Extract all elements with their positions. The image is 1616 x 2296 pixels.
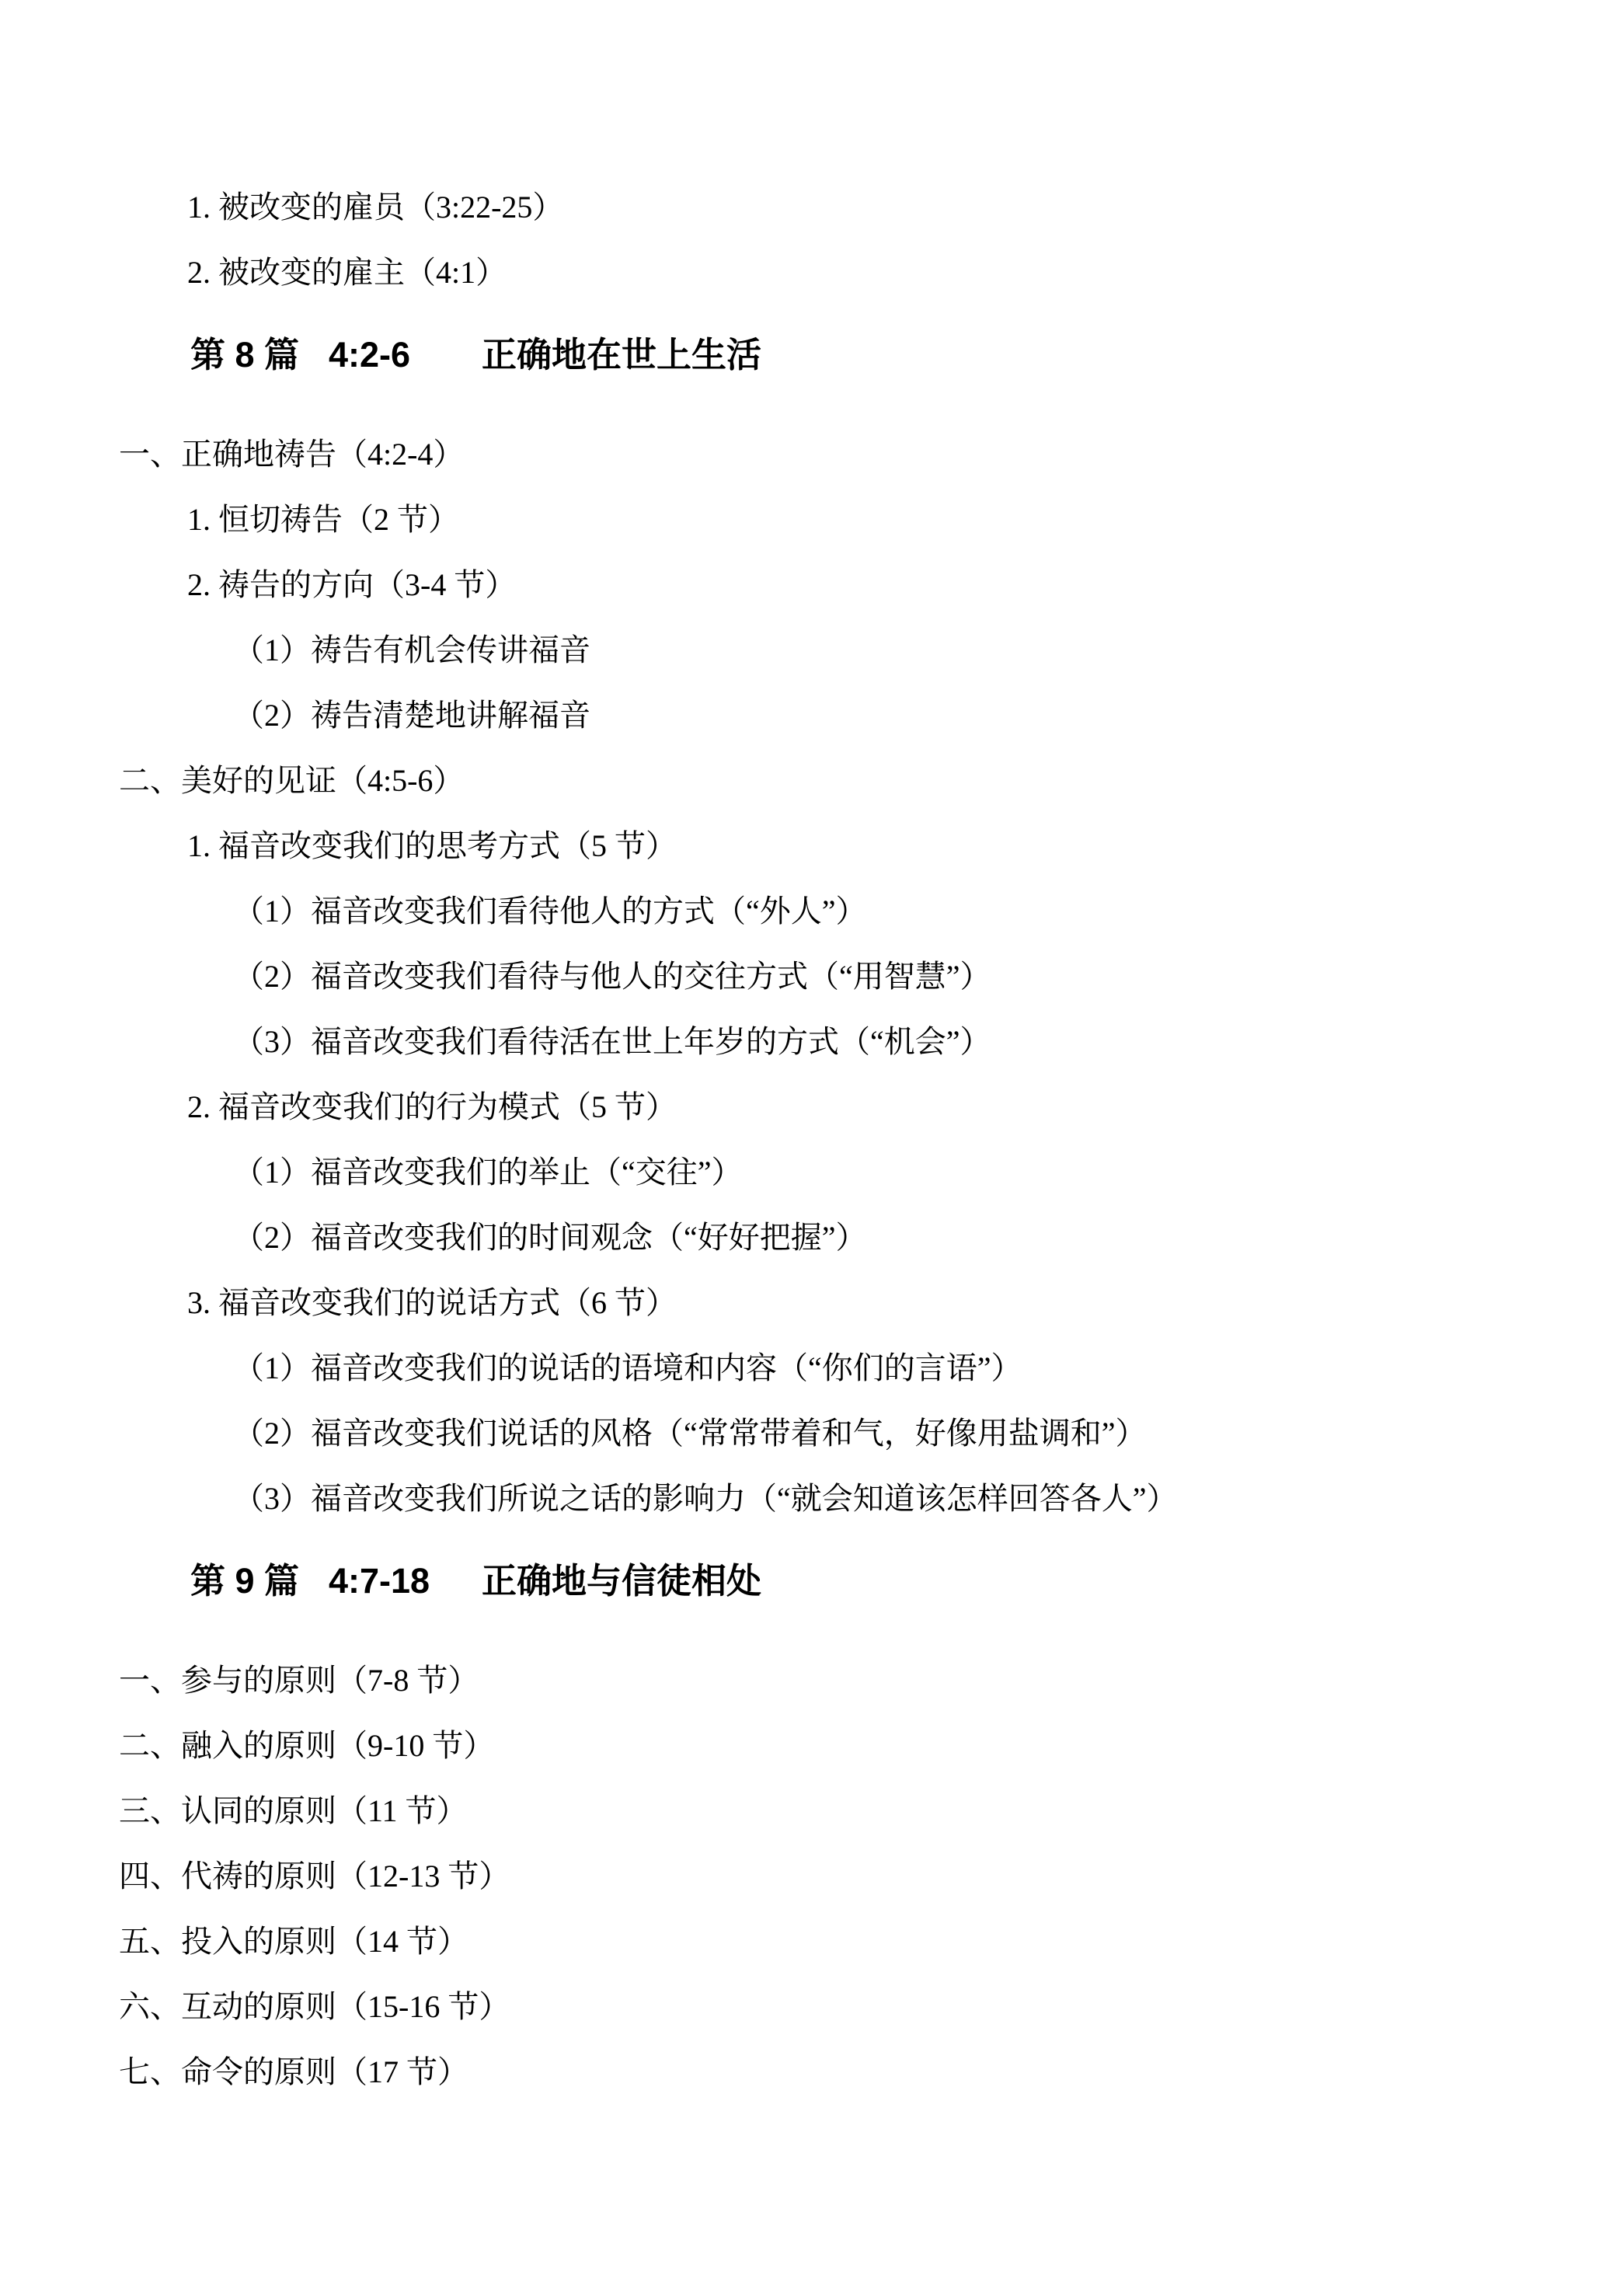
outline-item: （1）祷告有机会传讲福音: [233, 618, 1616, 683]
outline-item: 3. 福音改变我们的说话方式（6 节）: [187, 1270, 1616, 1336]
outline-item: 2. 祷告的方向（3-4 节）: [187, 552, 1616, 618]
outline-item: （1）福音改变我们看待他人的方式（“外人”）: [233, 879, 1616, 944]
outline-item: 六、互动的原则（15-16 节）: [119, 1974, 1616, 2040]
outline-item: （3）福音改变我们看待活在世上年岁的方式（“机会”）: [233, 1009, 1616, 1075]
outline-item: （3）福音改变我们所说之话的影响力（“就会知道该怎样回答各人”）: [233, 1466, 1616, 1531]
outline-item: 二、美好的见证（4:5-6）: [119, 748, 1616, 814]
section-number: 第 8 篇: [190, 322, 329, 388]
outline-item: 二、融入的原则（9-10 节）: [119, 1713, 1616, 1779]
outline-item: 一、参与的原则（7-8 节）: [119, 1648, 1616, 1713]
document-page: 1. 被改变的雇员（3:22-25） 2. 被改变的雇主（4:1） 第 8 篇 …: [0, 0, 1616, 2296]
outline-item: （2）福音改变我们的时间观念（“好好把握”）: [233, 1205, 1616, 1270]
section-heading-8: 第 8 篇 4:2-6 正确地在世上生活: [190, 322, 1616, 388]
outline-item: （2）福音改变我们看待与他人的交往方式（“用智慧”）: [233, 944, 1616, 1009]
outline-item: 五、投入的原则（14 节）: [119, 1909, 1616, 1974]
outline-item: 1. 恒切祷告（2 节）: [187, 487, 1616, 552]
section-verse-ref: 4:7-18: [329, 1549, 482, 1614]
outline-item: 一、正确地祷告（4:2-4）: [119, 422, 1616, 487]
outline-item: 三、认同的原则（11 节）: [119, 1779, 1616, 1844]
outline-item: 1. 福音改变我们的思考方式（5 节）: [187, 814, 1616, 879]
outline-item: （2）福音改变我们说话的风格（“常常带着和气，好像用盐调和”）: [233, 1401, 1616, 1466]
outline-item: （1）福音改变我们的举止（“交往”）: [233, 1140, 1616, 1205]
section-heading-9: 第 9 篇 4:7-18 正确地与信徒相处: [190, 1549, 1616, 1614]
section-verse-ref: 4:2-6: [329, 322, 482, 388]
outline-item: （2）祷告清楚地讲解福音: [233, 683, 1616, 748]
section-number: 第 9 篇: [190, 1549, 329, 1614]
outline-item: 1. 被改变的雇员（3:22-25）: [187, 175, 1616, 240]
outline-item: 2. 福音改变我们的行为模式（5 节）: [187, 1075, 1616, 1140]
outline-item: （1）福音改变我们的说话的语境和内容（“你们的言语”）: [233, 1336, 1616, 1401]
section-title: 正确地在世上生活: [482, 322, 761, 388]
outline-item: 四、代祷的原则（12-13 节）: [119, 1844, 1616, 1909]
outline-item: 2. 被改变的雇主（4:1）: [187, 240, 1616, 305]
section-title: 正确地与信徒相处: [482, 1549, 761, 1614]
outline-item: 七、命令的原则（17 节）: [119, 2040, 1616, 2105]
